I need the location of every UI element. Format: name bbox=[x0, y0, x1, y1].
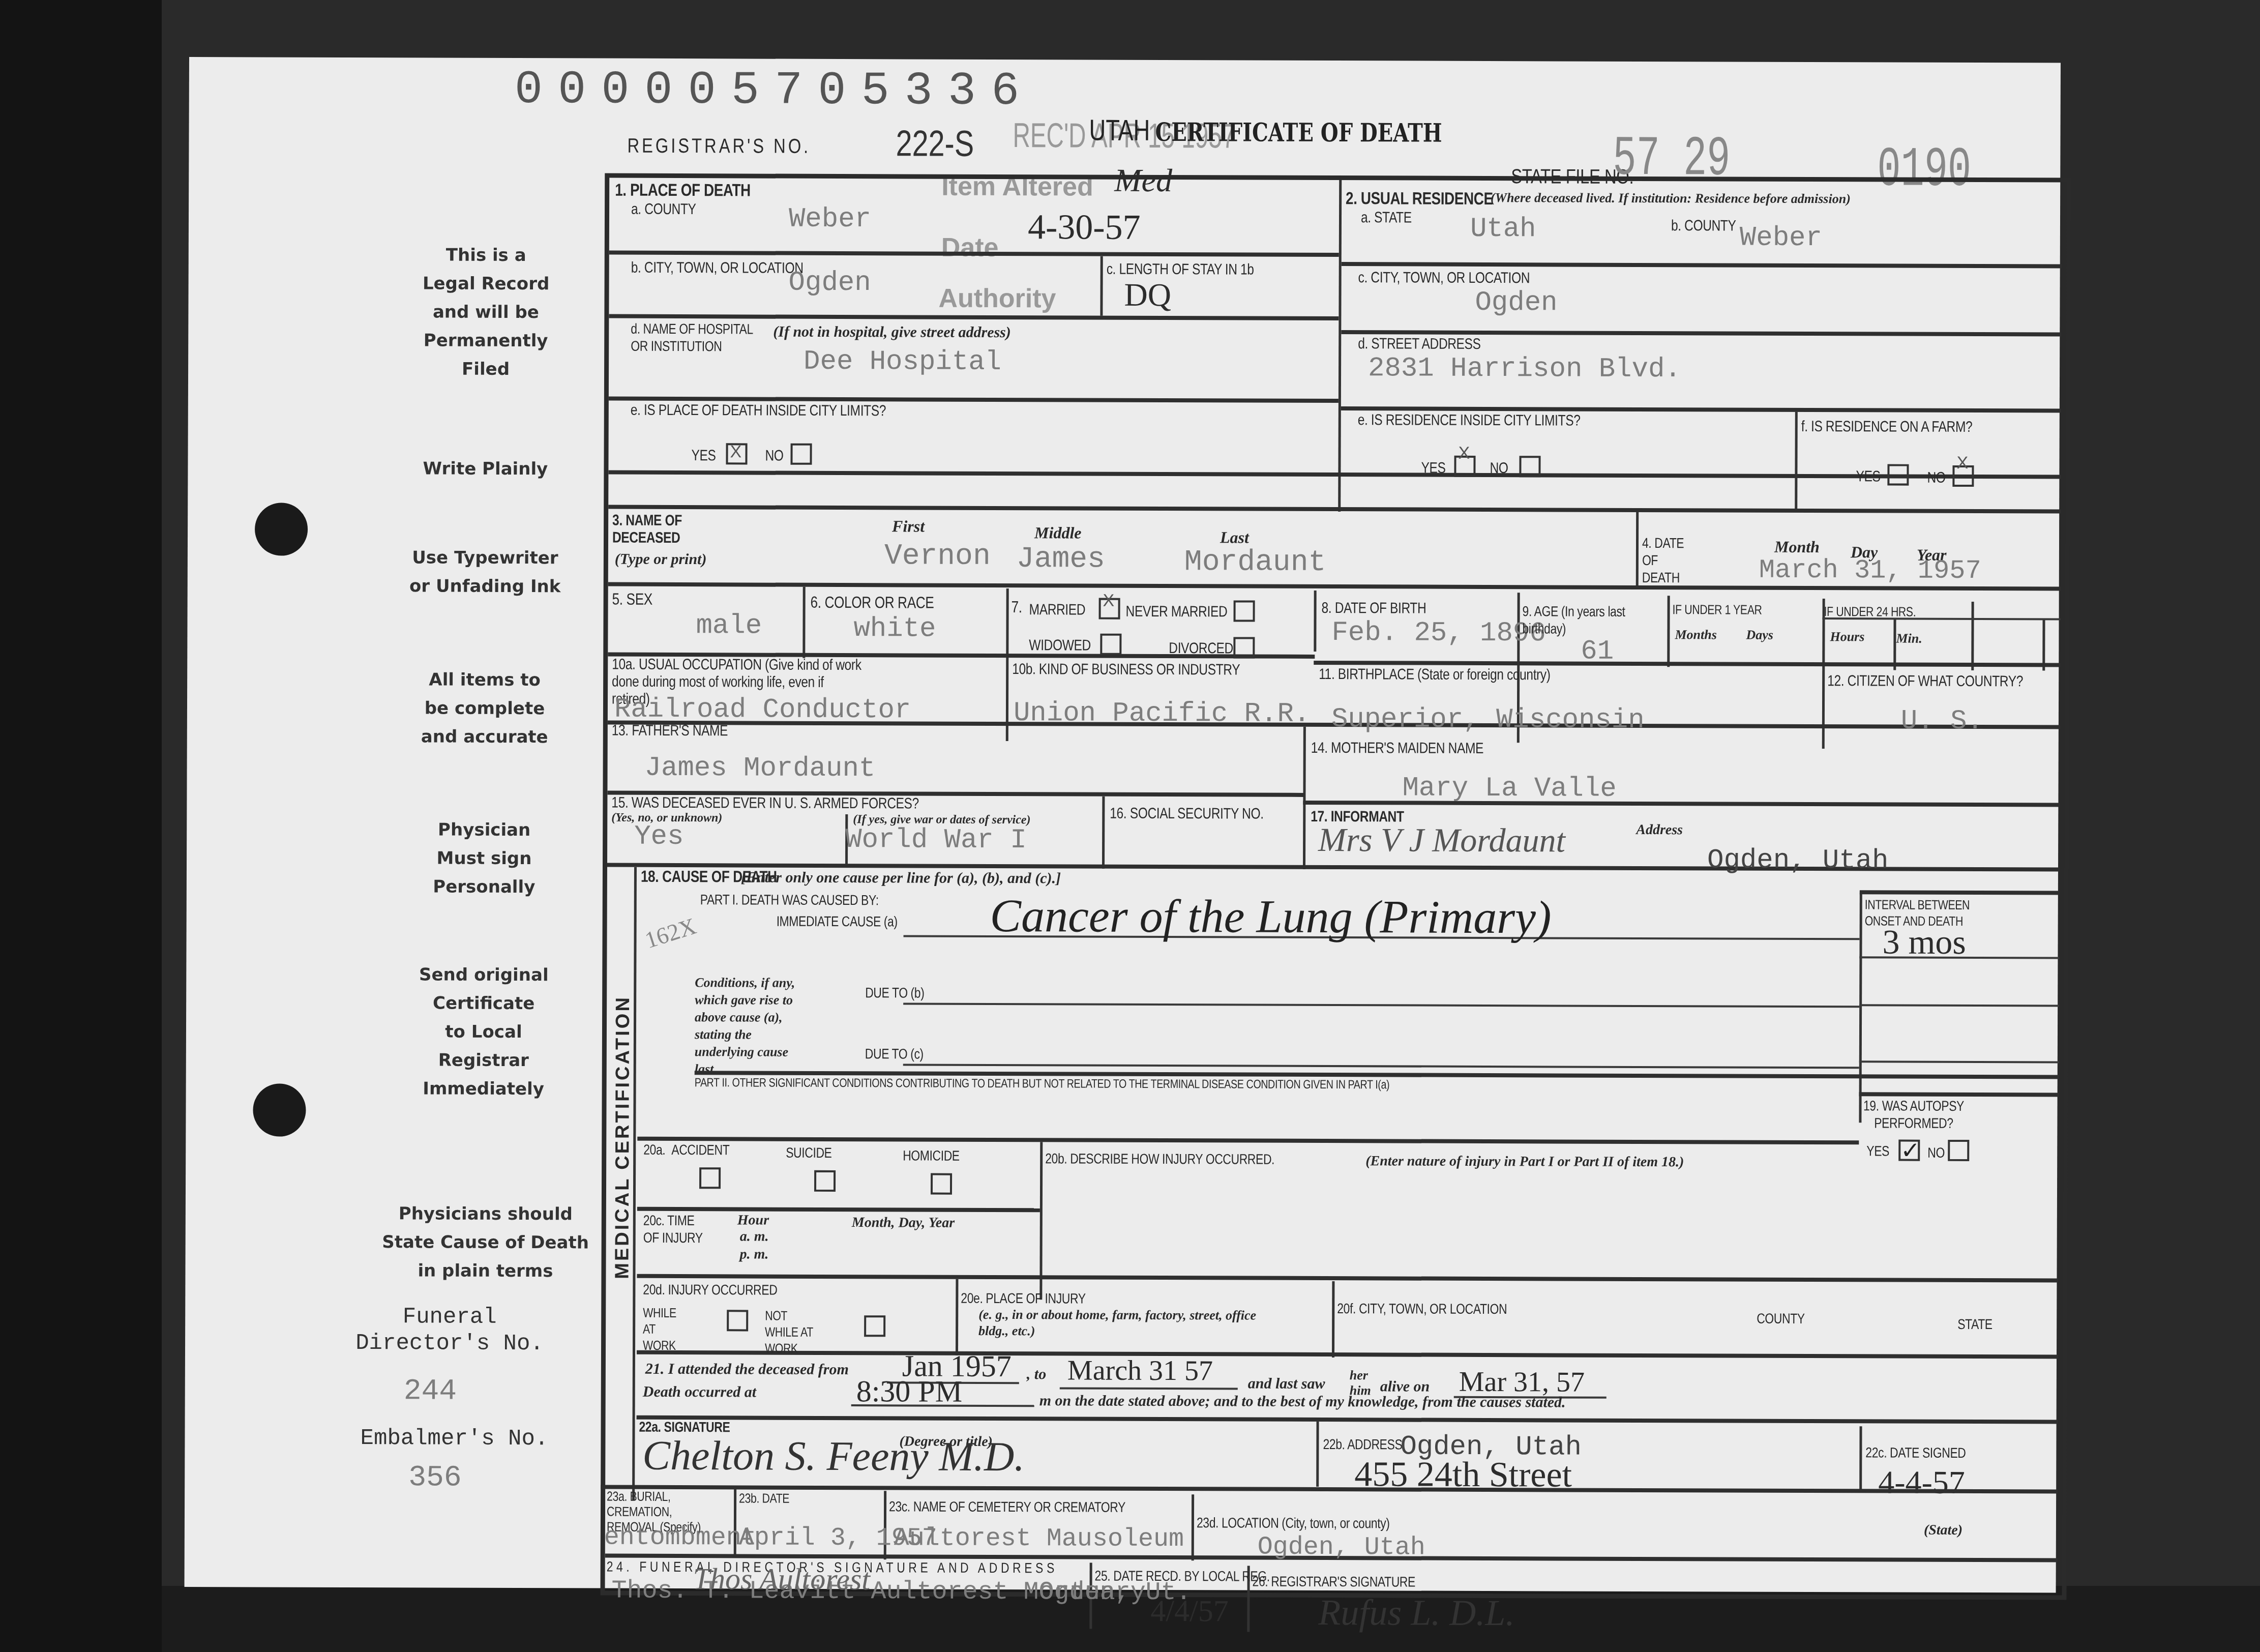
funeral-director-no: 244 bbox=[404, 1375, 457, 1408]
under-1-year-label: IF UNDER 1 YEAR bbox=[1673, 602, 1762, 618]
not-while-at-work-checkbox[interactable] bbox=[864, 1315, 885, 1337]
due-to-c-label: DUE TO (c) bbox=[865, 1046, 924, 1062]
hospital-name: Dee Hospital bbox=[804, 346, 1001, 378]
last-saw-text: and last saw bbox=[1248, 1375, 1325, 1393]
deceased-name-label: 3. NAME OF DECEASED bbox=[612, 512, 704, 547]
citizen-label: 12. CITIZEN OF WHAT COUNTRY? bbox=[1827, 672, 2023, 690]
middle-name-label: Middle bbox=[1034, 523, 1082, 542]
married-label: MARRIED bbox=[1029, 601, 1086, 618]
location: Ogden, Utah bbox=[1258, 1533, 1425, 1562]
attended-text: 21. I attended the deceased from bbox=[645, 1361, 849, 1378]
date-recd: 4/4/57 bbox=[1150, 1594, 1229, 1629]
age: 61 bbox=[1581, 636, 1614, 667]
min-label: Min. bbox=[1896, 631, 1922, 646]
date-of-birth: Feb. 25, 1896 bbox=[1331, 617, 1545, 649]
rule bbox=[1859, 1092, 2059, 1097]
rule bbox=[1316, 1422, 1319, 1487]
hours-label: Hours bbox=[1830, 629, 1864, 644]
accident-label: ACCIDENT bbox=[671, 1142, 729, 1158]
farm-no-checkbox[interactable]: X bbox=[1952, 465, 1974, 487]
injury-occurred-label: 20d. INJURY OCCURRED bbox=[643, 1282, 777, 1299]
armed-forces: Yes bbox=[634, 821, 683, 852]
death-county: Weber bbox=[789, 204, 871, 235]
rule bbox=[1332, 1281, 1334, 1358]
residence-city-limits-yes-label: YES bbox=[1421, 460, 1445, 477]
disposition-date-label: 23b. DATE bbox=[739, 1490, 789, 1506]
occupation: Railroad Conductor bbox=[614, 694, 911, 726]
check-mark: X bbox=[730, 442, 742, 462]
length-of-stay-label: c. LENGTH OF STAY IN 1b bbox=[1107, 261, 1254, 279]
cause-note: [Enter only one cause per line for (a), … bbox=[741, 869, 1061, 887]
residence-county: Weber bbox=[1740, 223, 1822, 254]
hospital-label: d. NAME OF HOSPITAL OR INSTITUTION bbox=[631, 320, 756, 356]
street-address: 2831 Harrison Blvd. bbox=[1368, 353, 1681, 385]
margin-note-complete: All items to be complete and accurate bbox=[388, 665, 582, 751]
death-city-limits-yes-label: YES bbox=[691, 447, 716, 464]
rule bbox=[956, 1279, 958, 1355]
age-label: 9. AGE (In years last birthday) bbox=[1522, 603, 1630, 638]
sex: male bbox=[696, 610, 762, 641]
cemetery-label: 23c. NAME OF CEMETERY OR CREMATORY bbox=[889, 1498, 1125, 1515]
margin-note-plain-terms: Physicians should State Cause of Death i… bbox=[378, 1199, 592, 1285]
margin-note-legal-record: This is a Legal Record and will be Perma… bbox=[389, 241, 583, 383]
residence-city-limits-no-checkbox[interactable] bbox=[1519, 456, 1540, 477]
rule bbox=[1795, 412, 1798, 509]
attended-to: March 31 57 bbox=[1067, 1354, 1213, 1387]
time-of-injury-label: 20c. TIME OF INJURY bbox=[643, 1212, 710, 1247]
father-name: James Mordaunt bbox=[645, 753, 876, 784]
while-at-work-label: WHILE AT WORK bbox=[643, 1305, 689, 1353]
widowed-label: WIDOWED bbox=[1029, 637, 1091, 654]
rule bbox=[1303, 727, 1306, 869]
farm-yes-label: YES bbox=[1856, 468, 1880, 485]
rule bbox=[1102, 796, 1105, 869]
registrar-no: 222-S bbox=[896, 123, 974, 164]
rule bbox=[802, 587, 805, 658]
death-city: Ogden bbox=[789, 268, 871, 299]
married-checkbox[interactable]: X bbox=[1099, 598, 1120, 619]
homicide-label: HOMICIDE bbox=[903, 1147, 960, 1164]
autopsy-no-label: NO bbox=[1927, 1145, 1945, 1161]
residence-state: Utah bbox=[1470, 214, 1536, 245]
hour-label: Hour bbox=[737, 1212, 769, 1228]
death-city-label: b. CITY, TOWN, OR LOCATION bbox=[631, 259, 804, 277]
usual-residence-heading: 2. USUAL RESIDENCE bbox=[1346, 189, 1493, 209]
hospital-note: (If not in hospital, give street address… bbox=[773, 323, 1011, 341]
immediate-cause: Cancer of the Lung (Primary) bbox=[990, 889, 1552, 944]
check-mark: X bbox=[1459, 444, 1470, 463]
under-24-hrs-label: IF UNDER 24 HRS. bbox=[1824, 604, 1916, 620]
race-label: 6. COLOR OR RACE bbox=[811, 593, 934, 612]
divorced-label: DIVORCED bbox=[1169, 640, 1233, 657]
citizen: U. S. bbox=[1901, 706, 1983, 737]
autopsy-yes-label: YES bbox=[1866, 1143, 1889, 1159]
conditions-note: Conditions, if any, which gave rise to a… bbox=[695, 974, 812, 1078]
check-mark: ✓ bbox=[1900, 1137, 1920, 1164]
place-of-injury-label: 20e. PLACE OF INJURY bbox=[961, 1290, 1085, 1307]
informant-address-label: Address bbox=[1636, 822, 1683, 838]
rule bbox=[1006, 588, 1009, 741]
rule bbox=[1859, 1426, 1862, 1491]
date-of-death: March 31, 1957 bbox=[1759, 555, 1981, 586]
attended-to-text: , to bbox=[1027, 1366, 1046, 1383]
birthplace-label: 11. BIRTHPLACE (State or foreign country… bbox=[1319, 666, 1550, 684]
place-of-injury-note: (e. g., in or about home, farm, factory,… bbox=[978, 1307, 1263, 1340]
describe-injury-note: (Enter nature of injury in Part I or Par… bbox=[1365, 1153, 1684, 1170]
rule bbox=[1667, 596, 1670, 667]
farm-no-label: NO bbox=[1927, 469, 1945, 487]
form-border bbox=[601, 173, 2071, 1600]
immediate-cause-label: IMMEDIATE CAUSE (a) bbox=[777, 913, 898, 930]
funeral-director-no-label: Funeral Director's No. bbox=[353, 1304, 546, 1357]
date-signed: 4-4-57 bbox=[1878, 1463, 1965, 1501]
street-address-label: d. STREET ADDRESS bbox=[1358, 335, 1480, 353]
residence-state-label: a. STATE bbox=[1361, 209, 1412, 226]
autopsy-label: 19. WAS AUTOPSY PERFORMED? bbox=[1861, 1097, 1966, 1132]
residence-city-limits-no-label: NO bbox=[1490, 460, 1508, 477]
months-label: Months bbox=[1675, 627, 1716, 642]
suicide-label: SUICIDE bbox=[786, 1145, 831, 1161]
residence-city: Ogden bbox=[1475, 287, 1557, 319]
rule bbox=[1971, 602, 1974, 670]
mdy-label: Month, Day, Year bbox=[852, 1215, 955, 1231]
punch-hole-bottom bbox=[253, 1083, 306, 1136]
farm-yes-checkbox[interactable] bbox=[1887, 464, 1909, 485]
injury-city-label: 20f. CITY, TOWN, OR LOCATION bbox=[1337, 1301, 1507, 1317]
widowed-checkbox[interactable] bbox=[1100, 634, 1121, 655]
rule bbox=[1100, 256, 1103, 316]
father-label: 13. FATHER'S NAME bbox=[612, 722, 728, 740]
rule bbox=[1314, 591, 1316, 652]
certificate-title: CERTIFICATE OF DEATH bbox=[1155, 117, 1442, 148]
check-mark: X bbox=[1103, 591, 1115, 611]
deceased-name-note: (Type or print) bbox=[615, 551, 707, 569]
attestation-tail: m on the date stated above; and to the b… bbox=[1039, 1392, 1566, 1411]
armed-forces-label: 15. WAS DECEASED EVER IN U. S. ARMED FOR… bbox=[611, 794, 919, 813]
date-signed-label: 22c. DATE SIGNED bbox=[1865, 1444, 1966, 1461]
death-city-limits-label: e. IS PLACE OF DEATH INSIDE CITY LIMITS? bbox=[631, 402, 886, 420]
first-name: Vernon bbox=[884, 540, 991, 573]
injury-state-label: STATE bbox=[1957, 1316, 1993, 1333]
funeral-director-signature: Thos Aultorest bbox=[693, 1561, 870, 1597]
days-label: Days bbox=[1746, 628, 1773, 643]
marital-label: 7. bbox=[1012, 598, 1022, 616]
registrar-no-label: REGISTRAR'S NO. bbox=[627, 135, 811, 158]
am-label: a. m. bbox=[740, 1228, 769, 1245]
death-occurred-text: Death occurred at bbox=[643, 1383, 756, 1401]
informant-address: Ogden, Utah bbox=[1707, 845, 1889, 876]
rule bbox=[1860, 890, 2060, 895]
embalmer-no: 356 bbox=[408, 1461, 462, 1494]
registrar-signature-label: 26. REGISTRAR'S SIGNATURE bbox=[1253, 1574, 1415, 1590]
usual-residence-note: (Where deceased lived. If institution: R… bbox=[1491, 190, 1851, 206]
middle-name: James bbox=[1017, 543, 1105, 576]
mother-name: Mary La Valle bbox=[1402, 773, 1616, 805]
embalmer-no-label: Embalmer's No. bbox=[352, 1426, 556, 1452]
not-while-at-work-label: NOT WHILE AT WORK bbox=[765, 1308, 819, 1356]
rule bbox=[1192, 1494, 1194, 1560]
never-married-checkbox[interactable] bbox=[1234, 600, 1255, 622]
death-city-limits-yes-checkbox[interactable]: X bbox=[726, 443, 747, 464]
industry: Union Pacific R.R. bbox=[1014, 698, 1310, 730]
industry-label: 10b. KIND OF BUSINESS OR INDUSTRY bbox=[1012, 661, 1240, 678]
death-certificate-paper: 000005705336 REGISTRAR'S NO. 222-S REC'D… bbox=[185, 57, 2061, 1593]
residence-county-label: b. COUNTY bbox=[1671, 217, 1736, 234]
sex-label: 5. SEX bbox=[612, 590, 652, 609]
medical-certification-label: MEDICAL CERTIFICATION bbox=[611, 995, 634, 1279]
never-married-label: NEVER MARRIED bbox=[1126, 603, 1228, 621]
farm-label: f. IS RESIDENCE ON A FARM? bbox=[1801, 418, 1973, 436]
residence-city-limits-yes-checkbox[interactable]: X bbox=[1454, 456, 1475, 477]
divorced-checkbox[interactable] bbox=[1233, 637, 1255, 658]
title-state: UTAH bbox=[1089, 113, 1150, 147]
residence-city-label: c. CITY, TOWN, OR LOCATION bbox=[1358, 269, 1530, 287]
burial-method: entombment bbox=[604, 1523, 757, 1553]
place-of-death-heading: 1. PLACE OF DEATH bbox=[615, 181, 751, 201]
month-label: Month bbox=[1774, 538, 1820, 556]
dob-label: 8. DATE OF BIRTH bbox=[1322, 600, 1426, 617]
autopsy-yes-checkbox[interactable]: ✓ bbox=[1898, 1140, 1920, 1161]
race: white bbox=[853, 613, 936, 645]
pm-label: p. m. bbox=[740, 1246, 769, 1262]
death-city-limits-no-checkbox[interactable] bbox=[790, 444, 812, 465]
physician-address-label: 22b. ADDRESS bbox=[1323, 1436, 1402, 1453]
last-name: Mordaunt bbox=[1184, 546, 1326, 579]
cemetery-name: Aultorest Mausoleum bbox=[894, 1524, 1184, 1554]
margin-note-physician-sign: Physician Must sign Personally bbox=[388, 815, 581, 901]
injury-county-label: COUNTY bbox=[1757, 1311, 1805, 1327]
margin-note-write-plainly: Write Plainly bbox=[389, 454, 582, 483]
part1-label: PART I. DEATH WAS CAUSED BY: bbox=[700, 892, 879, 908]
check-mark: X bbox=[1956, 453, 1968, 473]
residence-city-limits-label: e. IS RESIDENCE INSIDE CITY LIMITS? bbox=[1358, 411, 1581, 429]
mother-label: 14. MOTHER'S MAIDEN NAME bbox=[1311, 740, 1483, 757]
location-label: 23d. LOCATION (City, town, or county) bbox=[1197, 1515, 1390, 1531]
rule bbox=[1636, 512, 1639, 587]
death-city-limits-no-label: NO bbox=[765, 448, 783, 465]
homicide-checkbox[interactable] bbox=[931, 1173, 952, 1195]
injury-type-label: 20a. bbox=[643, 1142, 665, 1158]
autopsy-no-checkbox[interactable] bbox=[1948, 1140, 1969, 1161]
war-service: World War I bbox=[845, 824, 1027, 856]
scanner-edge-strip bbox=[0, 0, 162, 1652]
margin-note-typewriter: Use Typewriter or Unfading Ink bbox=[389, 543, 582, 601]
county-label: a. COUNTY bbox=[631, 201, 696, 218]
serial-number: 000005705336 bbox=[515, 63, 1035, 118]
describe-injury-label: 20b. DESCRIBE HOW INJURY OCCURRED. bbox=[1045, 1150, 1274, 1167]
her-text: her bbox=[1350, 1368, 1368, 1383]
date-recd-label: 25. DATE RECD. BY LOCAL REG. bbox=[1095, 1568, 1270, 1585]
first-name-label: First bbox=[892, 517, 925, 536]
part2-label: PART II. OTHER SIGNIFICANT CONDITIONS CO… bbox=[695, 1076, 1390, 1092]
registrar-signature: Rufus L. D.L. bbox=[1318, 1591, 1514, 1634]
informant-signature: Mrs V J Mordaunt bbox=[1318, 821, 1565, 861]
birthplace: Superior, Wisconsin bbox=[1331, 704, 1645, 736]
due-to-b-label: DUE TO (b) bbox=[865, 985, 924, 1001]
date-of-death-label: 4. DATE OF DEATH bbox=[1642, 535, 1692, 586]
last-name-label: Last bbox=[1220, 528, 1249, 547]
physician-signature: Chelton S. Feeny M.D. bbox=[642, 1432, 1025, 1481]
location-state-label: (State) bbox=[1924, 1522, 1962, 1539]
punch-hole-top bbox=[255, 503, 308, 555]
ssn-label: 16. SOCIAL SECURITY NO. bbox=[1110, 805, 1263, 823]
suicide-checkbox[interactable] bbox=[814, 1170, 836, 1192]
accident-checkbox[interactable] bbox=[699, 1167, 721, 1189]
margin-note-send-original: Send original Certificate to Local Regis… bbox=[387, 960, 581, 1103]
while-at-work-checkbox[interactable] bbox=[727, 1310, 748, 1331]
